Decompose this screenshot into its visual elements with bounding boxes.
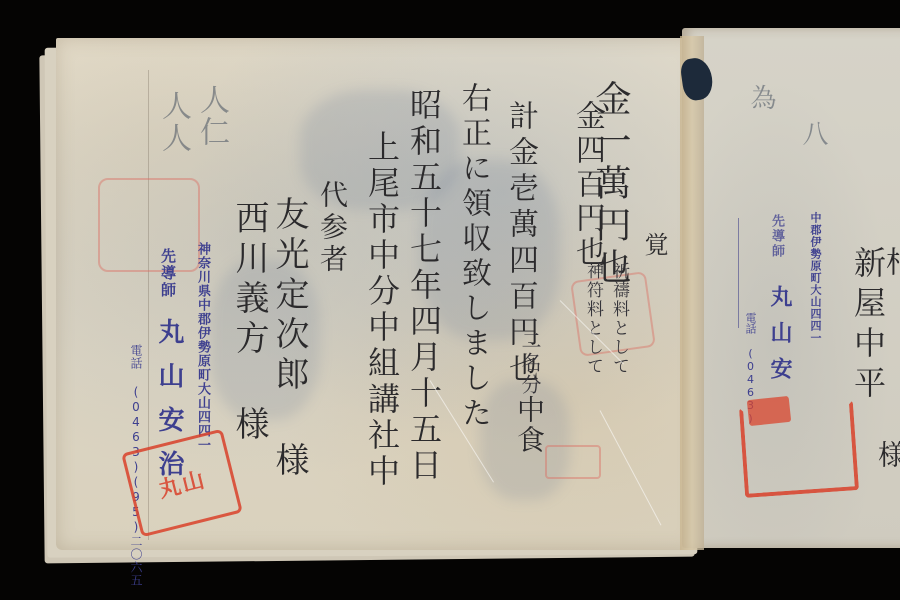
amount-line-2: 金四百円也 <box>572 100 602 270</box>
heading-mark: 覚 <box>642 232 666 258</box>
bleed-text: 人人 <box>158 90 188 154</box>
stamp-rule-line <box>738 218 739 328</box>
book-gutter <box>680 36 704 550</box>
bleed-text: 人仁 <box>196 84 226 148</box>
recipient-name: 友光定次郎 様 <box>272 196 306 482</box>
proxy-label: 代参者 <box>318 180 346 276</box>
right-partial-column: 相 <box>882 246 900 278</box>
payer-group: 上尾市中分中組講社中 <box>366 130 398 490</box>
faint-seal <box>545 445 601 479</box>
stamp-address: 神奈川県中郡伊勢原町大山四四一 <box>196 242 209 452</box>
right-stamp-address: 中郡伊勢原町大山四四一 <box>810 212 821 344</box>
bleed-text: 八 <box>800 120 826 148</box>
total-suffix: 中食 <box>515 395 543 455</box>
faint-seal <box>98 178 200 272</box>
proxy-name: 西川義方 様 <box>232 200 266 446</box>
photo-stage: 人人 人仁 覚 金一萬円也 祈禱料として 金四百円也 神符料として 計金壱萬四百… <box>0 0 900 600</box>
right-stamp-name: 丸山安 <box>768 285 790 393</box>
count-note: 二名分 <box>520 330 540 396</box>
right-honorific: 様 <box>876 440 900 470</box>
bleed-text: 為 <box>748 84 774 112</box>
amount-line-2-note: 神符料として <box>584 262 601 376</box>
receipt-statement: 右正に領収致しました <box>458 82 488 432</box>
date-line: 昭和五十七年四月十五日 <box>408 88 440 484</box>
right-stamp-title: 先導師 <box>770 214 783 259</box>
stamp-title: 先導師 <box>160 248 175 299</box>
right-red-seal <box>739 400 859 498</box>
